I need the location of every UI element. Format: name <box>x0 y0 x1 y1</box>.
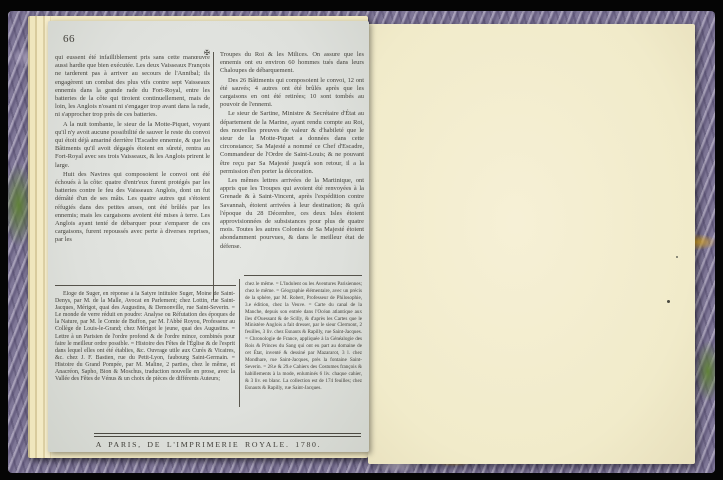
body-column-2: Troupes du Roi & les Milices. On assure … <box>220 51 364 273</box>
column-divider-rule <box>213 52 214 300</box>
paragraph: A la nuit tombante, le sieur de la Motte… <box>55 121 210 170</box>
page-number: 66 <box>63 33 75 45</box>
paragraph: Les mêmes lettres arrivées de la Martini… <box>220 177 364 251</box>
imprint-double-rule <box>94 433 361 437</box>
section-divider-rule <box>244 275 362 276</box>
paragraph: Éloge de Suger, en réponse à la Satyre i… <box>55 291 235 383</box>
paragraph: Huit des Navires qui composoient le conv… <box>55 171 210 245</box>
imprint-text: A PARIS, DE L'IMPRIMERIE ROYALE. 1780. <box>48 440 369 449</box>
paragraph: qui eussent été infailliblement pris san… <box>55 54 210 120</box>
paragraph: chez le même. = L'Indolent ou les Aventu… <box>245 281 362 392</box>
column-divider-rule <box>239 279 240 407</box>
paragraph: Troupes du Roi & les Milices. On assure … <box>220 51 364 76</box>
page-speck <box>676 256 678 258</box>
page-speck <box>667 300 670 303</box>
paragraph: Le sieur de Sartine, Ministre & Secrétai… <box>220 110 364 176</box>
body-column-1: qui eussent été infailliblement pris san… <box>55 54 210 284</box>
books-announcements-column-2: chez le même. = L'Indolent ou les Aventu… <box>245 281 362 413</box>
books-announcements-column-1: Éloge de Suger, en réponse à la Satyre i… <box>55 291 235 427</box>
paragraph: Des 26 Bâtiments qui composoient le conv… <box>220 77 364 110</box>
printed-left-page: 66 ✠ qui eussent été infailliblement pri… <box>48 21 369 452</box>
blank-right-page <box>368 24 695 464</box>
section-divider-rule <box>55 285 236 286</box>
